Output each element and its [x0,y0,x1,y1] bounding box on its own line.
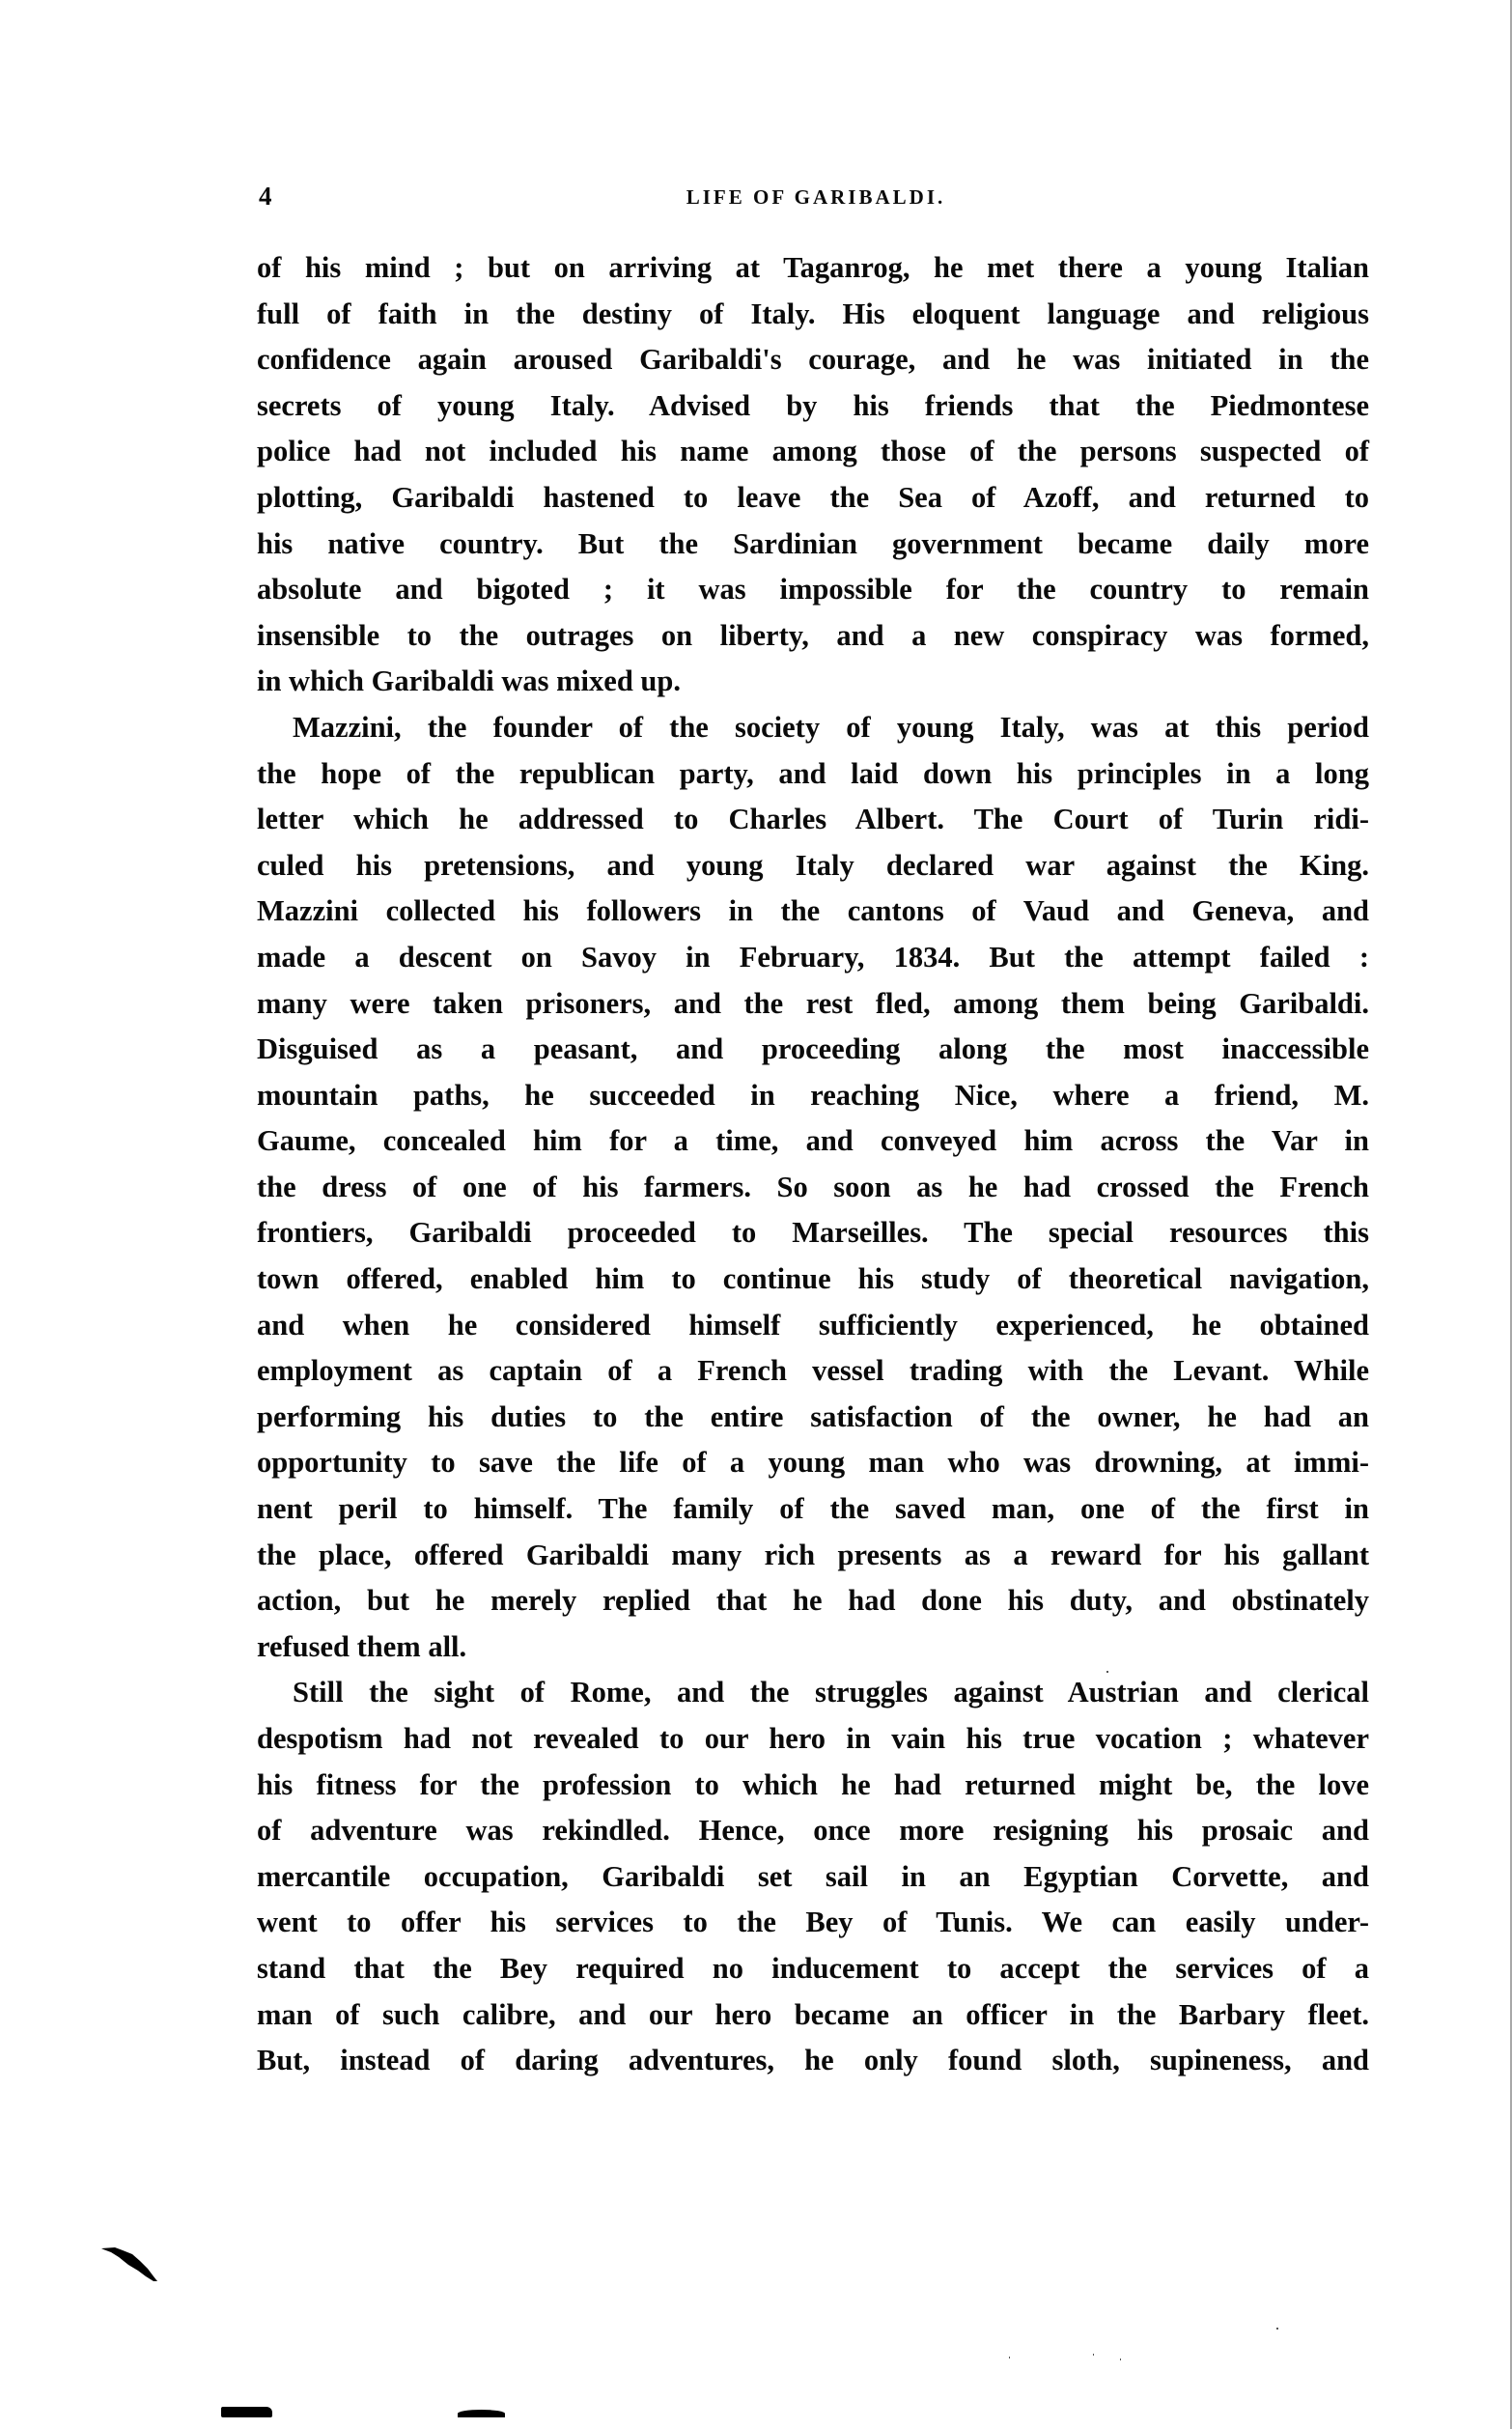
text-line: performing his duties to the entire sati… [257,1395,1369,1441]
text-line: town offered, enabled him to continue hi… [257,1257,1369,1303]
paragraph: of his mind ; but on arriving at Taganro… [257,245,1369,705]
text-line: secrets of young Italy. Advised by his f… [257,383,1369,430]
text-line: of adventure was rekindled. Hence, once … [257,1808,1369,1854]
text-line: mountain paths, he succeeded in reaching… [257,1073,1369,1119]
text-line: But, instead of daring adventures, he on… [257,2038,1369,2084]
text-line: of his mind ; but on arriving at Taganro… [257,245,1369,292]
text-line: the hope of the republican party, and la… [257,751,1369,798]
scan-speck [1093,2354,1094,2356]
text-line: insensible to the outrages on liberty, a… [257,613,1369,660]
text-line: Disguised as a peasant, and proceeding a… [257,1027,1369,1073]
text-line: Mazzini collected his followers in the c… [257,889,1369,935]
scan-smudge-mark [101,2247,157,2282]
text-line: went to offer his services to the Bey of… [257,1900,1369,1946]
text-line: nent peril to himself. The family of the… [257,1486,1369,1533]
text-line: his fitness for the profession to which … [257,1763,1369,1809]
text-line: mercantile occupation, Garibaldi set sai… [257,1854,1369,1901]
text-line: and when he considered himself sufficien… [257,1303,1369,1349]
text-line: refused them all. [257,1624,1369,1671]
scan-speck [1120,2358,1121,2360]
text-line: Gaume, concealed him for a time, and con… [257,1118,1369,1165]
body-text: of his mind ; but on arriving at Taganro… [257,245,1369,2084]
text-line: many were taken prisoners, and the rest … [257,981,1369,1028]
text-line: despotism had not revealed to our hero i… [257,1716,1369,1763]
text-line: opportunity to save the life of a young … [257,1440,1369,1486]
paragraph: Still the sight of Rome, and the struggl… [257,1670,1369,2083]
text-line: police had not included his name among t… [257,429,1369,475]
scan-speck [1009,2357,1010,2358]
text-line: man of such calibre, and our hero became… [257,1992,1369,2039]
paragraph: Mazzini, the founder of the society of y… [257,705,1369,1670]
scan-ink-blob [221,2407,272,2417]
scan-speck [1276,2328,1278,2330]
text-line: in which Garibaldi was mixed up. [257,659,1369,705]
text-line: full of faith in the destiny of Italy. H… [257,292,1369,338]
text-line: Mazzini, the founder of the society of y… [257,705,1369,751]
text-line: made a descent on Savoy in February, 183… [257,935,1369,981]
text-line: stand that the Bey required no inducemen… [257,1946,1369,1992]
text-line: Still the sight of Rome, and the struggl… [257,1670,1369,1716]
text-line: the dress of one of his farmers. So soon… [257,1165,1369,1211]
text-line: employment as captain of a French vessel… [257,1348,1369,1395]
scan-speck [1106,1671,1108,1673]
scan-ink-blob [458,2410,505,2417]
book-page: 4 LIFE OF GARIBALDI. of his mind ; but o… [0,0,1512,2429]
text-line: action, but he merely replied that he ha… [257,1578,1369,1624]
text-line: his native country. But the Sardinian go… [257,522,1369,568]
running-title: LIFE OF GARIBALDI. [257,184,1369,211]
text-line: plotting, Garibaldi hastened to leave th… [257,475,1369,522]
text-line: culed his pretensions, and young Italy d… [257,843,1369,890]
text-line: letter which he addressed to Charles Alb… [257,797,1369,843]
text-line: absolute and bigoted ; it was impossible… [257,567,1369,613]
text-line: the place, offered Garibaldi many rich p… [257,1533,1369,1579]
running-header: 4 LIFE OF GARIBALDI. [257,182,1369,211]
text-line: frontiers, Garibaldi proceeded to Marsei… [257,1210,1369,1257]
text-line: confidence again aroused Garibaldi's cou… [257,337,1369,383]
